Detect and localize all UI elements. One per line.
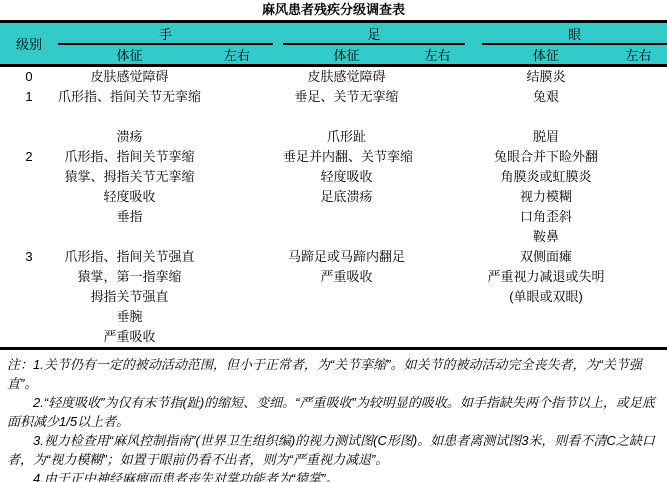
body-column-gap xyxy=(273,87,283,147)
sign-line: 爪形指、指间关节无挛缩 xyxy=(58,87,201,107)
hand-leftright-cell xyxy=(201,247,273,349)
header-column-gap xyxy=(273,22,283,66)
foot-signs-cell: 垂足、关节无挛缩爪形趾 xyxy=(283,87,410,147)
sign-line: 爪形趾 xyxy=(283,127,410,147)
sign-line: (单眼或双眼) xyxy=(482,287,610,307)
sign-line: 严重吸收 xyxy=(58,327,201,347)
eye-signs-cell: 兔艰脱眉 xyxy=(482,87,610,147)
sign-line: 垂足、关节无挛缩 xyxy=(283,87,410,107)
sign-line: 猿掌，第一指挛缩 xyxy=(58,267,201,287)
sign-line: 轻度吸收 xyxy=(283,167,410,187)
body-column-gap xyxy=(273,247,283,349)
note-paragraph-3: 3.视力检查用“麻风控制指南”(世界卫生组织编)的视力测试图(C形图)。如患者离… xyxy=(7,431,661,469)
sign-line: 爪形指、指间关节强直 xyxy=(58,247,201,267)
sign-line: 双侧面瘫 xyxy=(482,247,610,267)
eye-leftright-cell xyxy=(610,247,667,349)
foot-signs-cell: 垂足并内翻、关节挛缩轻度吸收足底溃疡 xyxy=(283,147,410,247)
foot-leftright-cell xyxy=(410,87,465,147)
sign-line: 严重吸收 xyxy=(283,267,410,287)
hand-leftright-cell xyxy=(201,87,273,147)
sign-line: 垂指 xyxy=(58,207,201,227)
document-page: 麻风患者残疾分级调查表 级别手足眼体征左右体征左右体征左右 0皮肤感觉障碍皮肤感… xyxy=(0,0,667,482)
hand-signs-cell: 皮肤感觉障碍 xyxy=(58,66,201,88)
body-column-gap xyxy=(465,66,482,88)
level-cell: 0 xyxy=(0,66,58,88)
foot-signs-cell: 皮肤感觉障碍 xyxy=(283,66,410,88)
level-cell: 2 xyxy=(0,147,58,247)
note-paragraph-2: 2.“轻度吸收”为仅有末节指(趾)的缩短、变细。“严重吸收”为较明显的吸收。如手… xyxy=(7,393,661,431)
sign-line: 爪形指、指间关节挛缩 xyxy=(58,147,201,167)
foot-leftright-cell xyxy=(410,247,465,349)
hand-leftright-cell xyxy=(201,147,273,247)
sign-line: 角膜炎或虹膜炎 xyxy=(482,167,610,187)
table-row-level-2: 2爪形指、指间关节挛缩猿掌、拇指关节无挛缩轻度吸收垂指垂足并内翻、关节挛缩轻度吸… xyxy=(0,147,667,247)
header-group-row: 级别手足眼 xyxy=(0,22,667,45)
table-row-level-1: 1爪形指、指间关节无挛缩溃疡垂足、关节无挛缩爪形趾兔艰脱眉 xyxy=(0,87,667,147)
foot-signs-header: 体征 xyxy=(283,44,410,66)
foot-leftright-header: 左右 xyxy=(410,44,465,66)
sign-line: 口角歪斜 xyxy=(482,207,610,227)
eye-leftright-cell xyxy=(610,66,667,88)
note-paragraph-1: 注：1.关节仍有一定的被动活动范围，但小于正常者，为“关节挛缩”。如关节的被动活… xyxy=(7,355,661,393)
hand-leftright-cell xyxy=(201,66,273,88)
foot-signs-cell: 马蹄足或马蹄内翻足严重吸收 xyxy=(283,247,410,349)
sign-line xyxy=(482,107,610,127)
table-row-level-0: 0皮肤感觉障碍皮肤感觉障碍结膜炎 xyxy=(0,66,667,88)
sign-line: 垂腕 xyxy=(58,307,201,327)
sign-line: 鞍鼻 xyxy=(482,227,610,247)
sign-line: 兔艰 xyxy=(482,87,610,107)
hand-signs-header: 体征 xyxy=(58,44,201,66)
hand-signs-cell: 爪形指、指间关节挛缩猿掌、拇指关节无挛缩轻度吸收垂指 xyxy=(58,147,201,247)
hand-signs-cell: 爪形指、指间关节无挛缩溃疡 xyxy=(58,87,201,147)
eye-leftright-cell xyxy=(610,87,667,147)
note-paragraph-4: 4.由于正中神经麻痹而患者丧失对掌功能者为“猿掌”。 xyxy=(7,469,661,482)
group-header-foot: 足 xyxy=(283,22,465,45)
eye-signs-header: 体征 xyxy=(482,44,610,66)
sign-line: 结膜炎 xyxy=(482,67,610,87)
eye-signs-cell: 双侧面瘫严重视力减退或失明(单眼或双眼) xyxy=(482,247,610,349)
hand-signs-cell: 爪形指、指间关节强直猿掌，第一指挛缩拇指关节强直垂腕严重吸收 xyxy=(58,247,201,349)
sign-line: 溃疡 xyxy=(58,127,201,147)
sign-line: 脱眉 xyxy=(482,127,610,147)
foot-leftright-cell xyxy=(410,147,465,247)
header-sub-row: 体征左右体征左右体征左右 xyxy=(0,44,667,66)
sign-line: 马蹄足或马蹄内翻足 xyxy=(283,247,410,267)
table-row-level-3: 3爪形指、指间关节强直猿掌，第一指挛缩拇指关节强直垂腕严重吸收马蹄足或马蹄内翻足… xyxy=(0,247,667,349)
level-cell: 3 xyxy=(0,247,58,349)
sign-line: 足底溃疡 xyxy=(283,187,410,207)
group-header-eye: 眼 xyxy=(482,22,667,45)
notes-section: 注：1.关节仍有一定的被动活动范围，但小于正常者，为“关节挛缩”。如关节的被动活… xyxy=(0,350,667,482)
sign-line: 拇指关节强直 xyxy=(58,287,201,307)
sign-line: 猿掌、拇指关节无挛缩 xyxy=(58,167,201,187)
body-column-gap xyxy=(273,147,283,247)
hand-leftright-header: 左右 xyxy=(201,44,273,66)
foot-leftright-cell xyxy=(410,66,465,88)
level-header-cell: 级别 xyxy=(0,22,58,66)
eye-signs-cell: 结膜炎 xyxy=(482,66,610,88)
sign-line: 视力模糊 xyxy=(482,187,610,207)
sign-line: 兔眼合并下睑外翻 xyxy=(482,147,610,167)
sign-line: 皮肤感觉障碍 xyxy=(283,67,410,87)
sign-line: 垂足并内翻、关节挛缩 xyxy=(283,147,410,167)
body-column-gap xyxy=(465,147,482,247)
sign-line xyxy=(283,107,410,127)
sign-line: 皮肤感觉障碍 xyxy=(58,67,201,87)
header-column-gap xyxy=(465,22,482,66)
body-column-gap xyxy=(465,87,482,147)
sign-line: 轻度吸收 xyxy=(58,187,201,207)
eye-leftright-header: 左右 xyxy=(610,44,667,66)
body-column-gap xyxy=(273,66,283,88)
sign-line: 严重视力减退或失明 xyxy=(482,267,610,287)
table-header: 级别手足眼体征左右体征左右体征左右 xyxy=(0,22,667,66)
table-body: 0皮肤感觉障碍皮肤感觉障碍结膜炎1爪形指、指间关节无挛缩溃疡垂足、关节无挛缩爪形… xyxy=(0,66,667,349)
eye-leftright-cell xyxy=(610,147,667,247)
sign-line xyxy=(58,107,201,127)
page-title: 麻风患者残疾分级调查表 xyxy=(0,0,667,20)
group-header-hand: 手 xyxy=(58,22,273,45)
eye-signs-cell: 兔眼合并下睑外翻角膜炎或虹膜炎视力模糊口角歪斜鞍鼻 xyxy=(482,147,610,247)
disability-table: 级别手足眼体征左右体征左右体征左右 0皮肤感觉障碍皮肤感觉障碍结膜炎1爪形指、指… xyxy=(0,20,667,350)
level-cell: 1 xyxy=(0,87,58,147)
body-column-gap xyxy=(465,247,482,349)
